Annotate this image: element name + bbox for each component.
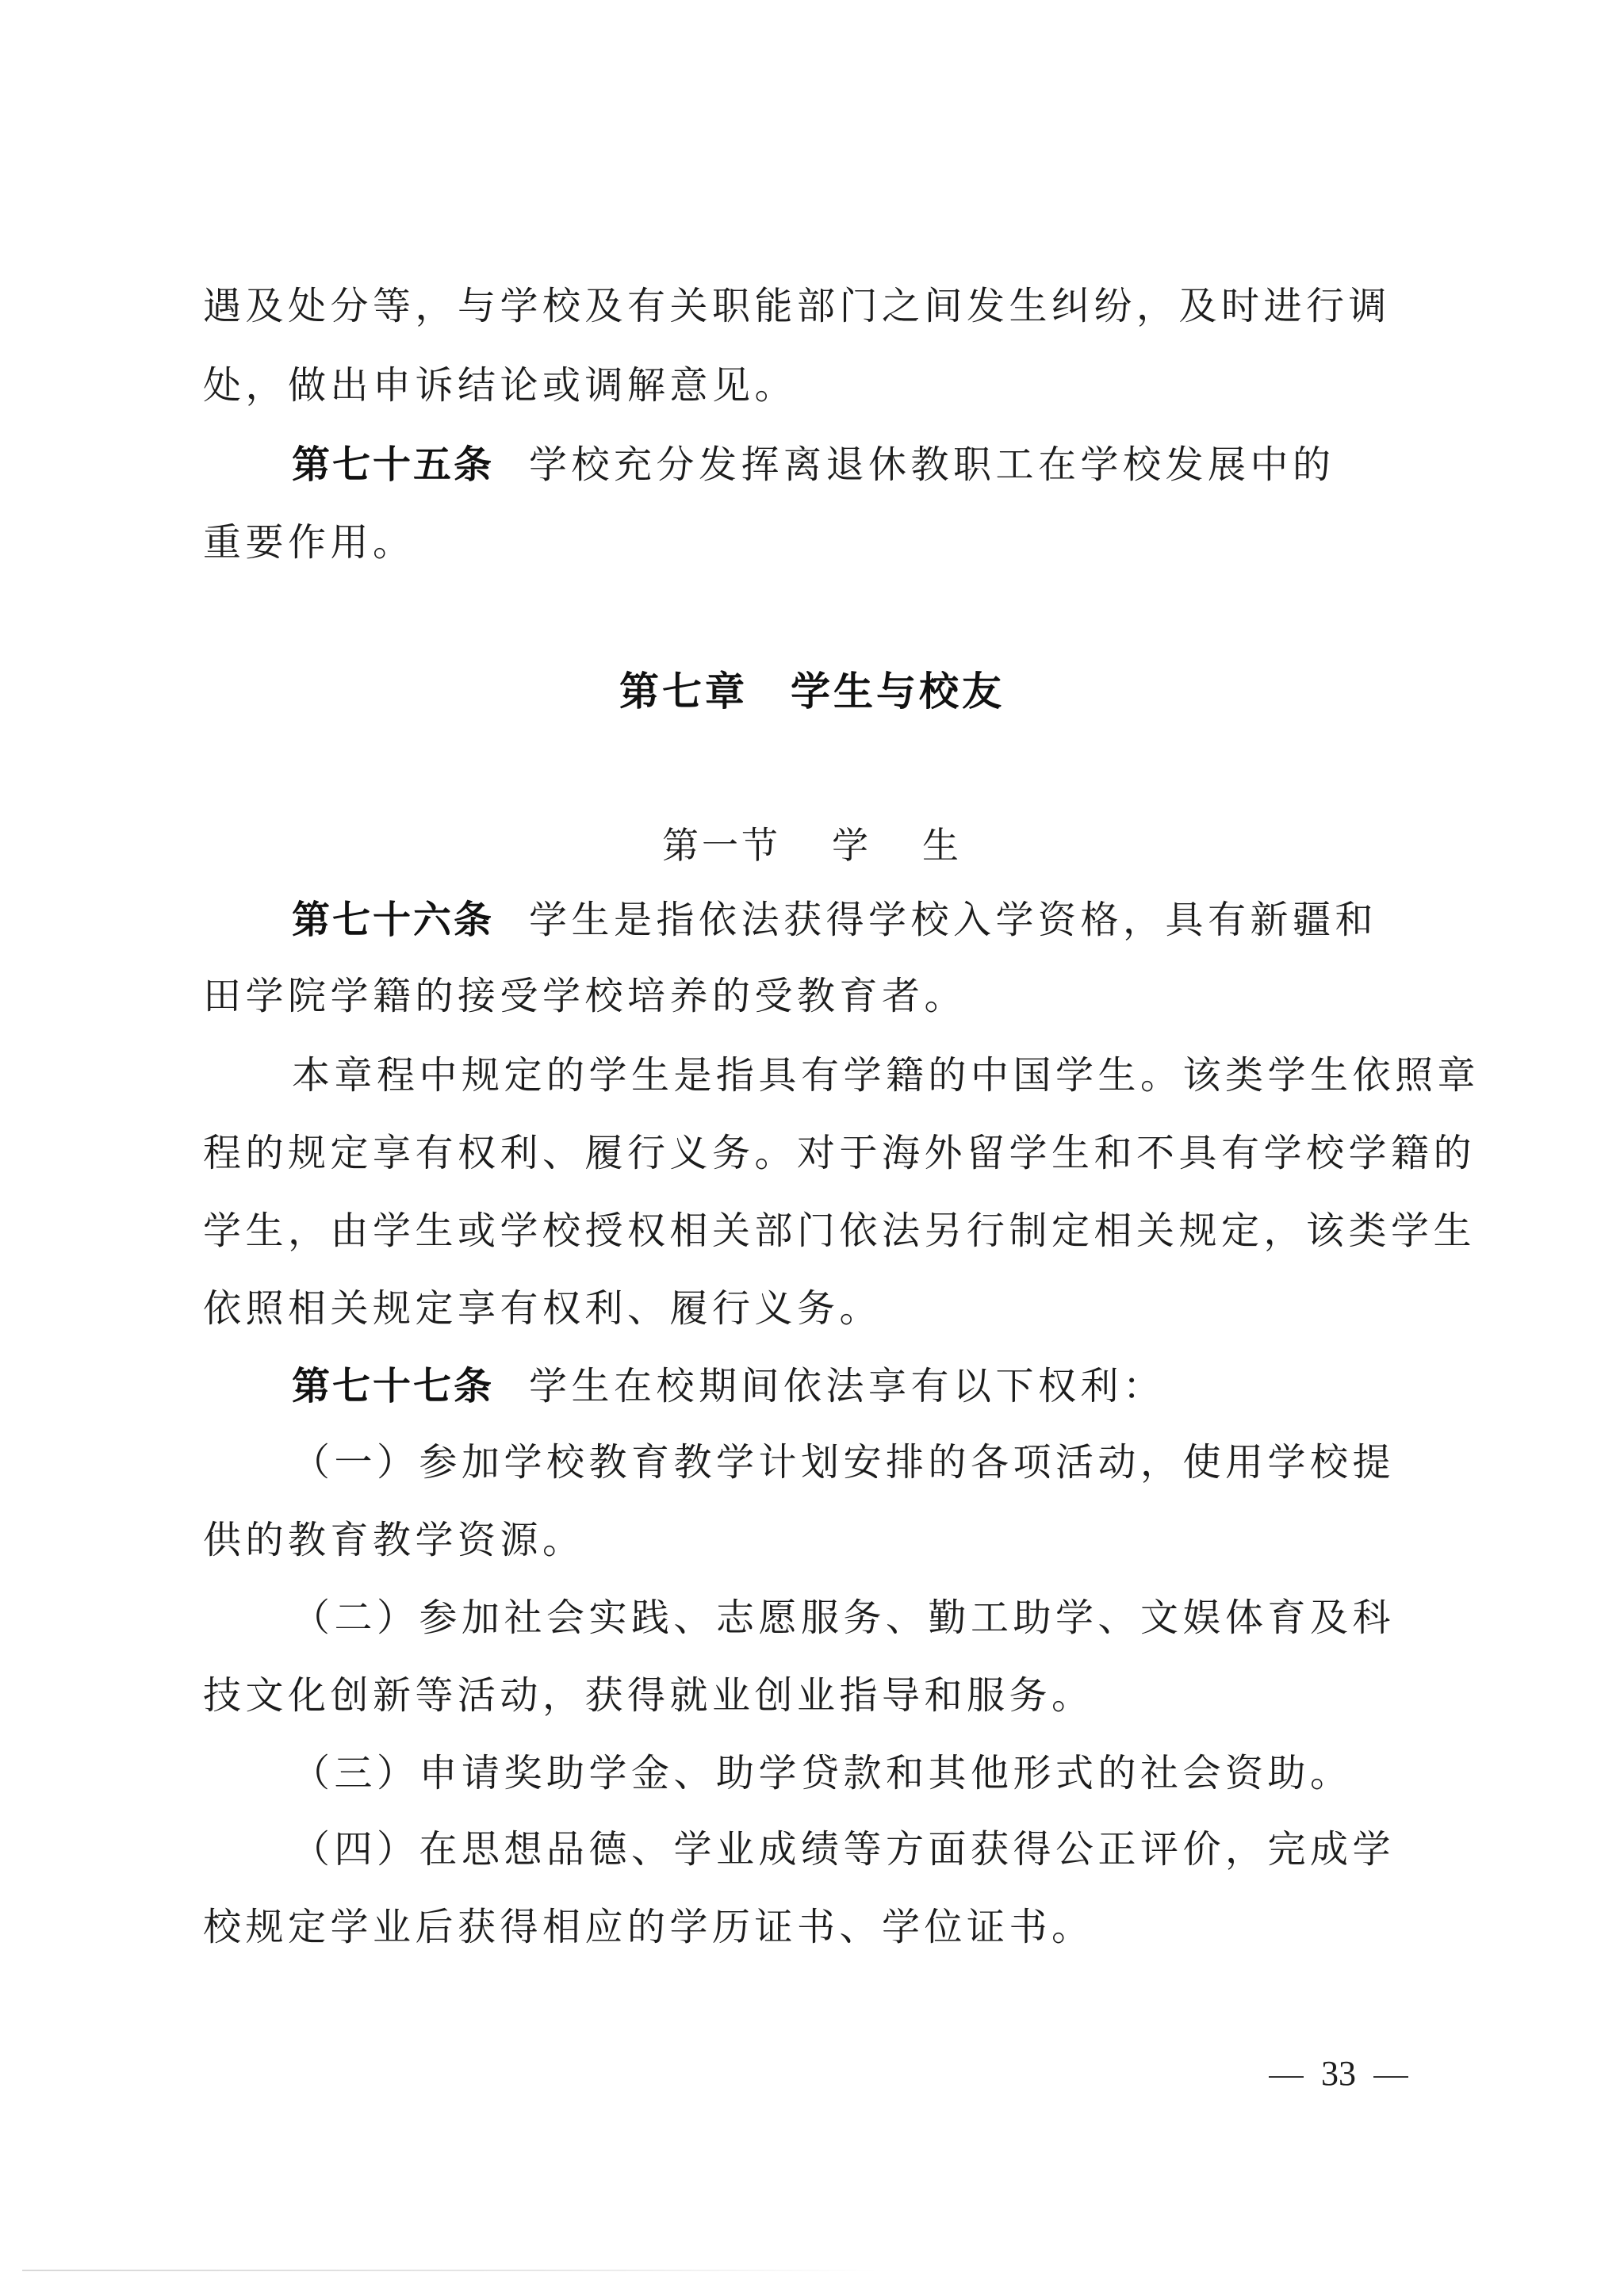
chapter-title: 学生与校友 bbox=[791, 669, 1005, 715]
paragraph-line: 程的规定享有权利、履行义务。对于海外留学生和不具有学校学籍的 bbox=[203, 1129, 1400, 1177]
paragraph-line: 遇及处分等，与学校及有关职能部门之间发生纠纷，及时进行调 bbox=[203, 282, 1400, 330]
section-number: 第一节 bbox=[662, 824, 781, 867]
list-item-continuation: 校规定学业后获得相应的学历证书、学位证书。 bbox=[203, 1903, 1400, 1951]
list-item: （三）申请奖助学金、助学贷款和其他形式的社会资助。 bbox=[292, 1749, 1402, 1797]
list-item: （二）参加社会实践、志愿服务、勤工助学、文娱体育及科 bbox=[292, 1594, 1402, 1642]
section-heading: 第一节学生 bbox=[0, 822, 1624, 869]
paragraph-line: 依照相关规定享有权利、履行义务。 bbox=[203, 1285, 1400, 1332]
scan-edge-line bbox=[22, 2270, 879, 2271]
chapter-number: 第七章 bbox=[619, 669, 748, 715]
list-item-continuation: 供的教育教学资源。 bbox=[203, 1516, 1400, 1564]
article-text: 学校充分发挥离退休教职工在学校发展中的 bbox=[529, 443, 1335, 487]
article-label: 第七十五条 bbox=[292, 443, 494, 487]
section-title-char: 学 bbox=[832, 824, 871, 867]
page-number-value: 33 bbox=[1321, 2054, 1356, 2093]
paragraph-line: 本章程中规定的学生是指具有学籍的中国学生。该类学生依照章 bbox=[292, 1052, 1402, 1099]
article-text: 学生在校期间依法享有以下权利： bbox=[529, 1364, 1166, 1408]
section-title-char: 生 bbox=[922, 824, 962, 867]
list-item: （四）在思想品德、学业成绩等方面获得公正评价，完成学 bbox=[292, 1826, 1402, 1873]
article-77: 第七十七条学生在校期间依法享有以下权利： bbox=[292, 1362, 1402, 1410]
paragraph-line: 学生，由学生或学校授权相关部门依法另行制定相关规定，该类学生 bbox=[203, 1207, 1400, 1255]
article-76: 第七十六条学生是指依法获得学校入学资格，具有新疆和 bbox=[292, 896, 1402, 944]
article-label: 第七十七条 bbox=[292, 1364, 494, 1408]
list-item: （一）参加学校教育教学计划安排的各项活动，使用学校提 bbox=[292, 1439, 1402, 1486]
document-page: 遇及处分等，与学校及有关职能部门之间发生纠纷，及时进行调 处，做出申诉结论或调解… bbox=[0, 0, 1624, 2295]
paragraph-line: 田学院学籍的接受学校培养的受教育者。 bbox=[203, 972, 1400, 1020]
article-text: 学生是指依法获得学校入学资格，具有新疆和 bbox=[529, 898, 1377, 942]
page-number: 33 bbox=[1251, 2052, 1426, 2095]
paragraph-line: 重要作用。 bbox=[203, 519, 1400, 566]
article-75: 第七十五条学校充分发挥离退休教职工在学校发展中的 bbox=[292, 441, 1402, 489]
chapter-heading: 第七章学生与校友 bbox=[0, 666, 1624, 717]
dash-decoration bbox=[1373, 2076, 1408, 2078]
dash-decoration bbox=[1269, 2076, 1304, 2078]
article-label: 第七十六条 bbox=[292, 898, 494, 942]
paragraph-line: 处，做出申诉结论或调解意见。 bbox=[203, 362, 1400, 409]
list-item-continuation: 技文化创新等活动，获得就业创业指导和服务。 bbox=[203, 1672, 1400, 1719]
